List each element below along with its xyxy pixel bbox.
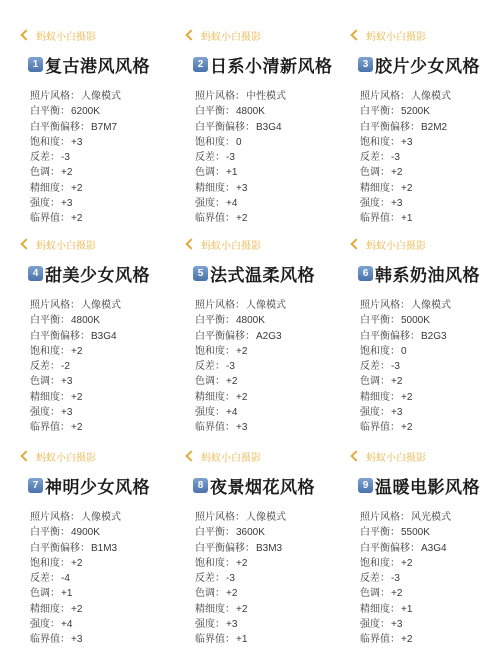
param-white-balance: 白平衡4800K bbox=[30, 313, 121, 328]
param-wb-shift: 白平衡偏移B3G4 bbox=[30, 329, 121, 344]
param-saturation: 饱和度+2 bbox=[195, 344, 286, 359]
param-threshold: 临界值+1 bbox=[195, 632, 286, 647]
chevron-left-icon bbox=[185, 238, 196, 249]
chevron-left-icon bbox=[350, 29, 361, 40]
style-heading: 8 夜景烟花风格 bbox=[193, 473, 315, 498]
back-link[interactable]: 蚂蚁小白摄影 bbox=[20, 449, 96, 463]
param-saturation: 饱和度+3 bbox=[360, 135, 451, 150]
source-label: 蚂蚁小白摄影 bbox=[366, 237, 426, 252]
param-white-balance: 白平衡5000K bbox=[360, 313, 451, 328]
settings-list: 照片风格人像模式 白平衡4900K 白平衡偏移B1M3 饱和度+2 反差-4 色… bbox=[30, 510, 121, 648]
param-wb-shift: 白平衡偏移A2G3 bbox=[195, 329, 286, 344]
style-heading: 1 复古港风风格 bbox=[28, 52, 150, 77]
param-saturation: 饱和度+2 bbox=[360, 556, 451, 571]
back-link[interactable]: 蚂蚁小白摄影 bbox=[185, 449, 261, 463]
param-threshold: 临界值+3 bbox=[195, 420, 286, 435]
number-badge-icon: 2 bbox=[193, 57, 208, 72]
param-contrast: 反差-3 bbox=[195, 150, 286, 165]
param-white-balance: 白平衡4800K bbox=[195, 313, 286, 328]
settings-list: 照片风格人像模式 白平衡3600K 白平衡偏移B3M3 饱和度+2 反差-3 色… bbox=[195, 510, 286, 648]
param-white-balance: 白平衡5200K bbox=[360, 104, 451, 119]
style-heading: 3 胶片少女风格 bbox=[358, 52, 480, 77]
style-title: 温暖电影风格 bbox=[375, 473, 480, 498]
param-strength: 强度+3 bbox=[30, 405, 121, 420]
param-fineness: 精细度+2 bbox=[195, 602, 286, 617]
param-wb-shift: 白平衡偏移B3M3 bbox=[195, 541, 286, 556]
style-title: 胶片少女风格 bbox=[375, 52, 480, 77]
chevron-left-icon bbox=[350, 238, 361, 249]
param-picture-style: 照片风格人像模式 bbox=[360, 89, 451, 104]
param-strength: 强度+3 bbox=[195, 617, 286, 632]
param-picture-style: 照片风格人像模式 bbox=[30, 89, 121, 104]
param-strength: 强度+3 bbox=[30, 196, 121, 211]
param-wb-shift: 白平衡偏移B2M2 bbox=[360, 120, 451, 135]
param-contrast: 反差-3 bbox=[30, 150, 121, 165]
source-label: 蚂蚁小白摄影 bbox=[201, 237, 261, 252]
style-title: 法式温柔风格 bbox=[210, 261, 315, 286]
settings-list: 照片风格风光模式 白平衡5500K 白平衡偏移A3G4 饱和度+2 反差-3 色… bbox=[360, 510, 451, 648]
back-link[interactable]: 蚂蚁小白摄影 bbox=[350, 28, 426, 42]
param-white-balance: 白平衡4800K bbox=[195, 104, 286, 119]
source-label: 蚂蚁小白摄影 bbox=[36, 449, 96, 464]
param-threshold: 临界值+2 bbox=[360, 420, 451, 435]
param-tone: 色调+2 bbox=[360, 165, 451, 180]
param-strength: 强度+3 bbox=[360, 196, 451, 211]
param-threshold: 临界值+3 bbox=[30, 632, 121, 647]
param-contrast: 反差-2 bbox=[30, 359, 121, 374]
source-label: 蚂蚁小白摄影 bbox=[201, 28, 261, 43]
param-tone: 色调+2 bbox=[360, 374, 451, 389]
back-link[interactable]: 蚂蚁小白摄影 bbox=[185, 28, 261, 42]
param-tone: 色调+2 bbox=[30, 165, 121, 180]
param-fineness: 精细度+2 bbox=[30, 181, 121, 196]
style-title: 复古港风风格 bbox=[45, 52, 150, 77]
style-heading: 5 法式温柔风格 bbox=[193, 261, 315, 286]
source-label: 蚂蚁小白摄影 bbox=[366, 28, 426, 43]
param-contrast: 反差-3 bbox=[360, 571, 451, 586]
param-saturation: 饱和度+3 bbox=[30, 135, 121, 150]
style-title: 甜美少女风格 bbox=[45, 261, 150, 286]
param-threshold: 临界值+2 bbox=[195, 211, 286, 226]
param-contrast: 反差-3 bbox=[360, 359, 451, 374]
param-picture-style: 照片风格风光模式 bbox=[360, 510, 451, 525]
style-presets-grid: 蚂蚁小白摄影 1 复古港风风格 照片风格人像模式 白平衡6200K 白平衡偏移B… bbox=[0, 0, 500, 667]
param-white-balance: 白平衡6200K bbox=[30, 104, 121, 119]
number-badge-icon: 8 bbox=[193, 478, 208, 493]
param-contrast: 反差-3 bbox=[195, 571, 286, 586]
back-link[interactable]: 蚂蚁小白摄影 bbox=[20, 237, 96, 251]
param-saturation: 饱和度0 bbox=[360, 344, 451, 359]
style-title: 韩系奶油风格 bbox=[375, 261, 480, 286]
param-picture-style: 照片风格人像模式 bbox=[360, 298, 451, 313]
param-tone: 色调+1 bbox=[30, 586, 121, 601]
param-threshold: 临界值+1 bbox=[360, 211, 451, 226]
param-saturation: 饱和度+2 bbox=[195, 556, 286, 571]
number-badge-icon: 7 bbox=[28, 478, 43, 493]
param-wb-shift: 白平衡偏移B1M3 bbox=[30, 541, 121, 556]
style-heading: 4 甜美少女风格 bbox=[28, 261, 150, 286]
param-fineness: 精细度+2 bbox=[30, 390, 121, 405]
settings-list: 照片风格人像模式 白平衡6200K 白平衡偏移B7M7 饱和度+3 反差-3 色… bbox=[30, 89, 121, 227]
param-fineness: 精细度+2 bbox=[360, 390, 451, 405]
settings-list: 照片风格人像模式 白平衡4800K 白平衡偏移B3G4 饱和度+2 反差-2 色… bbox=[30, 298, 121, 436]
param-strength: 强度+4 bbox=[30, 617, 121, 632]
param-saturation: 饱和度+2 bbox=[30, 344, 121, 359]
settings-list: 照片风格人像模式 白平衡4800K 白平衡偏移A2G3 饱和度+2 反差-3 色… bbox=[195, 298, 286, 436]
settings-list: 照片风格人像模式 白平衡5000K 白平衡偏移B2G3 饱和度0 反差-3 色调… bbox=[360, 298, 451, 436]
source-label: 蚂蚁小白摄影 bbox=[201, 449, 261, 464]
param-fineness: 精细度+3 bbox=[195, 181, 286, 196]
source-label: 蚂蚁小白摄影 bbox=[36, 237, 96, 252]
chevron-left-icon bbox=[20, 29, 31, 40]
param-tone: 色调+2 bbox=[195, 586, 286, 601]
style-heading: 2 日系小清新风格 bbox=[193, 52, 333, 77]
param-tone: 色调+3 bbox=[30, 374, 121, 389]
param-fineness: 精细度+2 bbox=[30, 602, 121, 617]
param-tone: 色调+2 bbox=[360, 586, 451, 601]
number-badge-icon: 4 bbox=[28, 266, 43, 281]
number-badge-icon: 1 bbox=[28, 57, 43, 72]
param-picture-style: 照片风格人像模式 bbox=[195, 510, 286, 525]
param-picture-style: 照片风格人像模式 bbox=[195, 298, 286, 313]
param-threshold: 临界值+2 bbox=[360, 632, 451, 647]
param-wb-shift: 白平衡偏移A3G4 bbox=[360, 541, 451, 556]
param-white-balance: 白平衡4900K bbox=[30, 525, 121, 540]
param-picture-style: 照片风格人像模式 bbox=[30, 510, 121, 525]
style-title: 神明少女风格 bbox=[45, 473, 150, 498]
param-white-balance: 白平衡3600K bbox=[195, 525, 286, 540]
param-contrast: 反差-3 bbox=[360, 150, 451, 165]
style-heading: 9 温暖电影风格 bbox=[358, 473, 480, 498]
number-badge-icon: 5 bbox=[193, 266, 208, 281]
number-badge-icon: 9 bbox=[358, 478, 373, 493]
style-title: 日系小清新风格 bbox=[210, 52, 333, 77]
param-fineness: 精细度+2 bbox=[195, 390, 286, 405]
number-badge-icon: 6 bbox=[358, 266, 373, 281]
chevron-left-icon bbox=[185, 450, 196, 461]
param-saturation: 饱和度0 bbox=[195, 135, 286, 150]
param-tone: 色调+2 bbox=[195, 374, 286, 389]
param-picture-style: 照片风格人像模式 bbox=[30, 298, 121, 313]
style-title: 夜景烟花风格 bbox=[210, 473, 315, 498]
param-white-balance: 白平衡5500K bbox=[360, 525, 451, 540]
chevron-left-icon bbox=[185, 29, 196, 40]
param-threshold: 临界值+2 bbox=[30, 211, 121, 226]
back-link[interactable]: 蚂蚁小白摄影 bbox=[350, 449, 426, 463]
source-label: 蚂蚁小白摄影 bbox=[366, 449, 426, 464]
param-strength: 强度+4 bbox=[195, 405, 286, 420]
chevron-left-icon bbox=[20, 238, 31, 249]
param-fineness: 精细度+2 bbox=[360, 181, 451, 196]
back-link[interactable]: 蚂蚁小白摄影 bbox=[350, 237, 426, 251]
param-wb-shift: 白平衡偏移B3G4 bbox=[195, 120, 286, 135]
param-fineness: 精细度+1 bbox=[360, 602, 451, 617]
param-wb-shift: 白平衡偏移B2G3 bbox=[360, 329, 451, 344]
param-strength: 强度+3 bbox=[360, 405, 451, 420]
settings-list: 照片风格中性模式 白平衡4800K 白平衡偏移B3G4 饱和度0 反差-3 色调… bbox=[195, 89, 286, 227]
chevron-left-icon bbox=[20, 450, 31, 461]
param-saturation: 饱和度+2 bbox=[30, 556, 121, 571]
param-strength: 强度+3 bbox=[360, 617, 451, 632]
param-threshold: 临界值+2 bbox=[30, 420, 121, 435]
back-link[interactable]: 蚂蚁小白摄影 bbox=[185, 237, 261, 251]
settings-list: 照片风格人像模式 白平衡5200K 白平衡偏移B2M2 饱和度+3 反差-3 色… bbox=[360, 89, 451, 227]
param-contrast: 反差-3 bbox=[195, 359, 286, 374]
param-wb-shift: 白平衡偏移B7M7 bbox=[30, 120, 121, 135]
param-tone: 色调+1 bbox=[195, 165, 286, 180]
number-badge-icon: 3 bbox=[358, 57, 373, 72]
style-heading: 7 神明少女风格 bbox=[28, 473, 150, 498]
param-contrast: 反差-4 bbox=[30, 571, 121, 586]
chevron-left-icon bbox=[350, 450, 361, 461]
source-label: 蚂蚁小白摄影 bbox=[36, 28, 96, 43]
param-picture-style: 照片风格中性模式 bbox=[195, 89, 286, 104]
param-strength: 强度+4 bbox=[195, 196, 286, 211]
style-heading: 6 韩系奶油风格 bbox=[358, 261, 480, 286]
back-link[interactable]: 蚂蚁小白摄影 bbox=[20, 28, 96, 42]
